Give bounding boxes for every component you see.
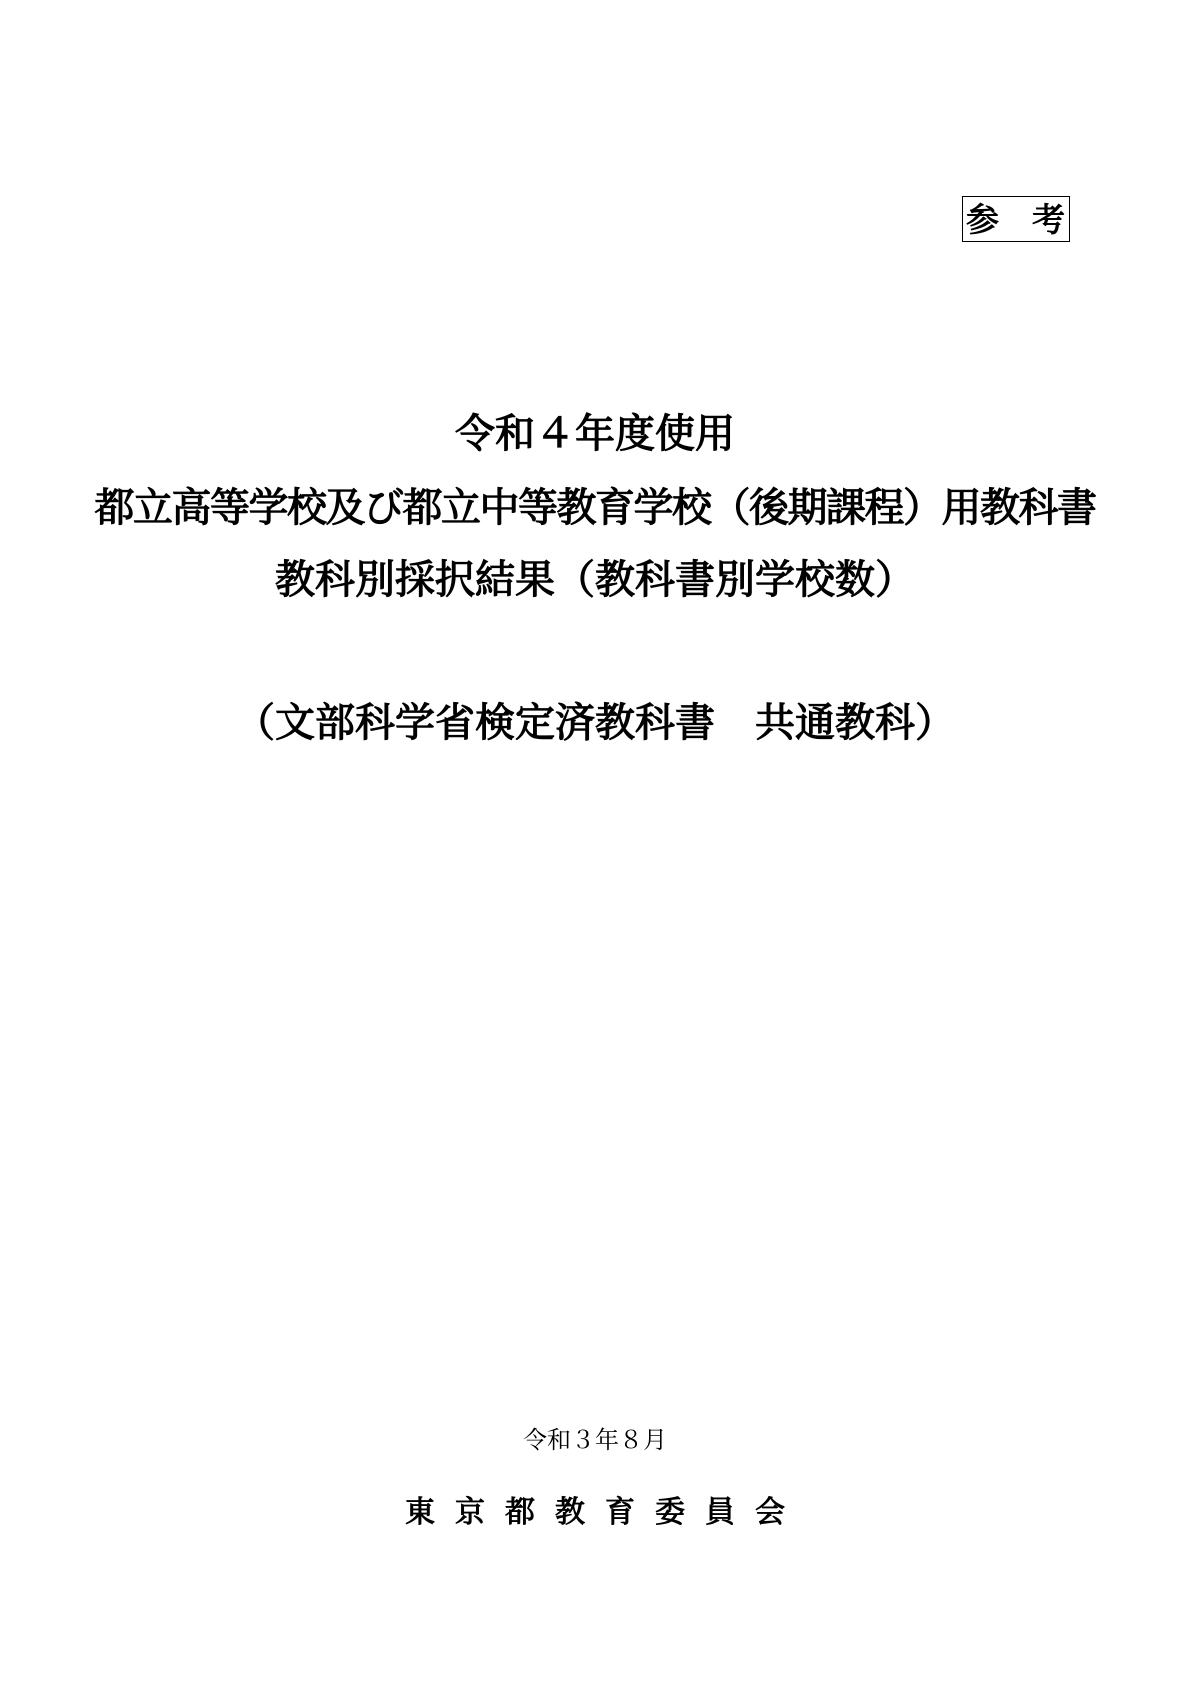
title-results: 教科別採択結果（教科書別学校数） <box>0 560 1190 600</box>
document-date: 令和３年８月 <box>0 1428 1190 1452</box>
reference-label-char1: 参 <box>966 203 999 236</box>
reference-label-char2: 考 <box>1032 203 1065 236</box>
reference-label-box: 参 考 <box>962 196 1070 242</box>
organization-name: 東京都教育委員会 <box>0 1498 1190 1528</box>
title-year: 令和４年度使用 <box>0 414 1190 454</box>
title-schools: 都立高等学校及び都立中等教育学校（後期課程）用教科書 <box>0 488 1190 528</box>
title-category: （文部科学省検定済教科書 共通教科） <box>0 703 1190 743</box>
